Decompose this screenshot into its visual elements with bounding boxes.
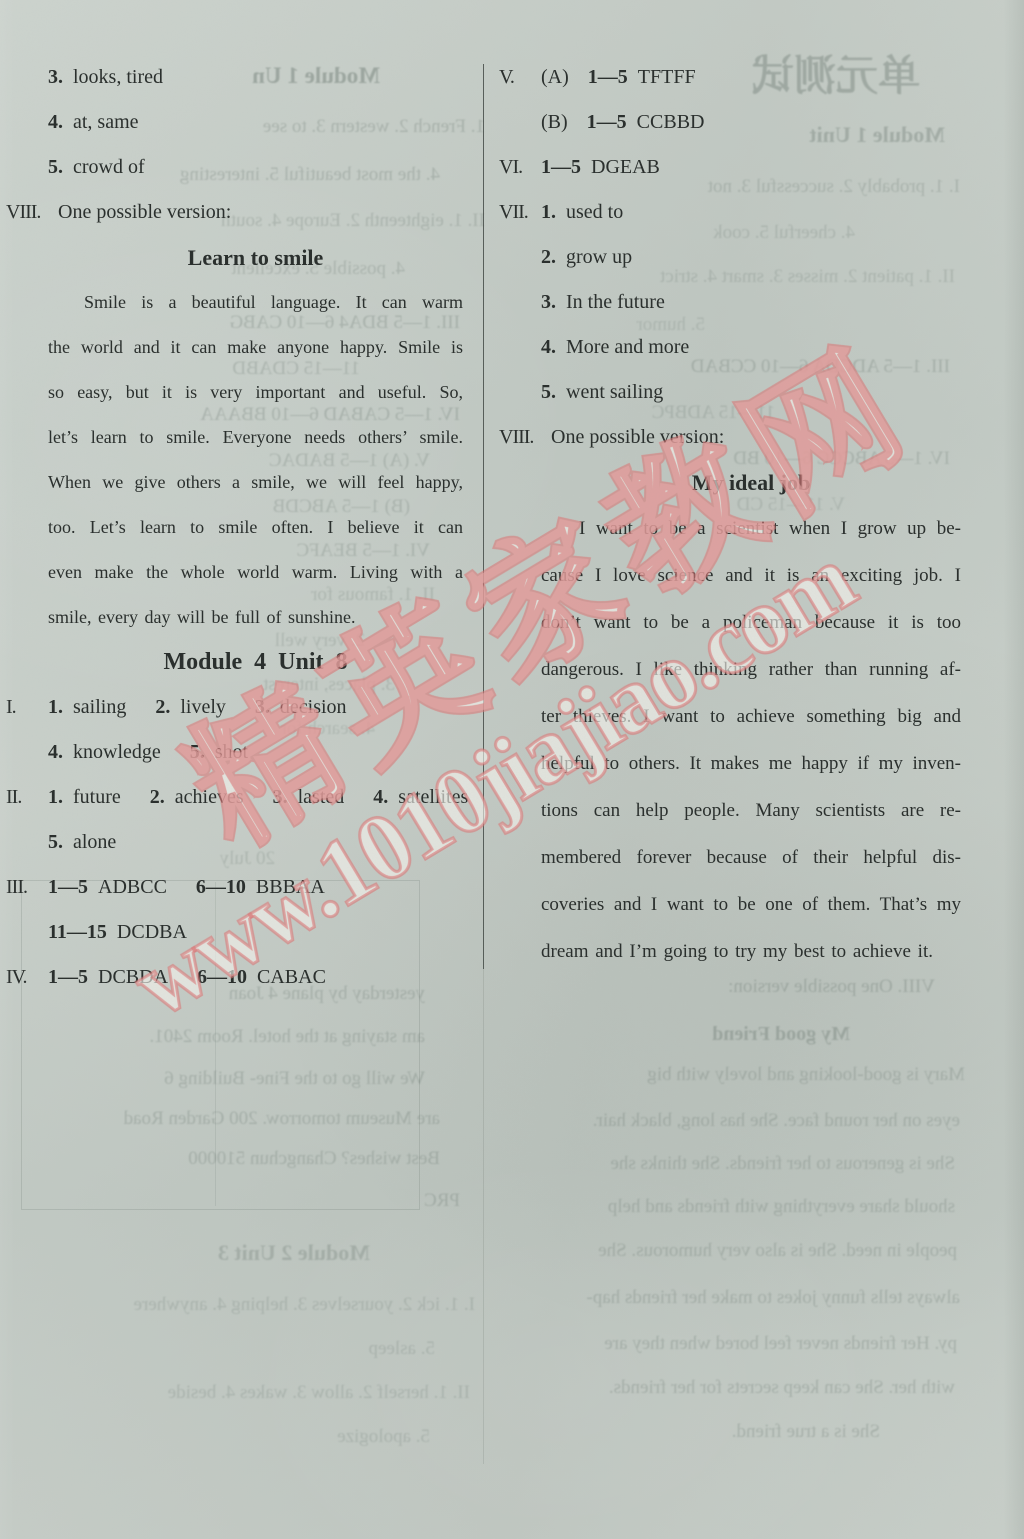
essay-line: Smile is a beautiful language. It can wa… xyxy=(48,280,463,325)
roman-numeral: VII. xyxy=(499,190,528,235)
answer-row: VIII. One possible version: xyxy=(48,190,463,235)
bleed-through-text: I. 1. ick 2. yourselves 3. helping 4. an… xyxy=(15,1294,475,1317)
item-number: 1. xyxy=(48,786,63,808)
roman-numeral: IV. xyxy=(6,955,27,1000)
answer-entry: 4.satellites xyxy=(373,786,468,808)
answer-entry: 2.lively xyxy=(155,696,226,718)
item-number: 5. xyxy=(48,831,63,853)
answer-entry: 4.knowledge xyxy=(48,741,161,763)
answer-row: I. 1.sailing 2.lively 3.decision xyxy=(48,685,463,730)
item-answer: future xyxy=(73,786,121,808)
answer-entry: 5.shot xyxy=(190,741,248,763)
essay-line: dream and I’m going to try my best to ac… xyxy=(541,928,961,975)
part-label: (A) xyxy=(541,66,569,88)
answer-entry: One possible version: xyxy=(48,201,231,223)
answer-entry: 1—5DGEAB xyxy=(541,156,660,178)
bleed-through-text: Module 2 Unit 3 xyxy=(165,1240,370,1266)
range-number: 6—10 xyxy=(197,966,247,988)
item-answer: looks, tired xyxy=(73,66,163,88)
answer-letters: ADBCC xyxy=(98,876,167,898)
answer-row: II. 1.future 2.achieves 3.lasted 4.satel… xyxy=(48,775,463,820)
answer-entry: 3.looks, tired xyxy=(48,66,163,88)
answer-row: 4.More and more xyxy=(541,325,961,370)
answer-entry: 6—10CABAC xyxy=(197,966,326,988)
roman-numeral: II. xyxy=(6,775,21,820)
item-answer: In the future xyxy=(566,291,665,313)
bleed-through-text: are Museum tomorrow. 200 Garden Road xyxy=(55,1108,440,1131)
essay-line: cause I love science and it is an exciti… xyxy=(541,552,961,599)
item-number: 3. xyxy=(541,291,556,313)
bleed-through-text: II. 1. herself 2. allow 3. wakes 4. besi… xyxy=(40,1382,470,1405)
item-number: 5. xyxy=(190,741,205,763)
range-number: 1—5 xyxy=(588,66,628,88)
answer-row: 4.at, same xyxy=(48,100,463,145)
answer-row: 3.In the future xyxy=(541,280,961,325)
answer-letters: TFTFF xyxy=(638,66,696,88)
item-answer: lasted xyxy=(298,786,345,808)
essay-line: let’s learn to smile. Everyone needs oth… xyxy=(48,415,463,460)
item-answer: One possible version: xyxy=(551,426,724,448)
range-number: 1—5 xyxy=(48,966,88,988)
column-divider-rule-faint xyxy=(483,969,484,1464)
answer-row: IV. 1—5DCBDA 6—10CABAC xyxy=(48,955,463,1000)
essay-line: ter thieves. I want to achieve something… xyxy=(541,693,961,740)
answer-entry: 1.future xyxy=(48,786,121,808)
answer-row: III. 1—5ADBCC 6—10BBBAA xyxy=(48,865,463,910)
answer-letters: CCBBD xyxy=(637,111,705,133)
answer-row: (B) 1—5CCBBD xyxy=(541,100,961,145)
bleed-through-text: should share everything with friends and… xyxy=(515,1196,955,1219)
answer-entry: 11—15DCDBA xyxy=(48,921,187,943)
item-answer: crowd of xyxy=(73,156,145,178)
answer-row: V. (A) 1—5TFTFF xyxy=(541,55,961,100)
essay-line: don’t want to be a policeman because it … xyxy=(541,599,961,646)
answer-row: 11—15DCDBA xyxy=(48,910,463,955)
bleed-through-text: Mary is good-looking and lovely with big xyxy=(545,1064,965,1087)
item-number: 4. xyxy=(541,336,556,358)
range-number: 11—15 xyxy=(48,921,107,943)
bleed-through-text: always tells funny jokes to make her fri… xyxy=(510,1287,960,1310)
essay-line: I want to be a scientist when I grow up … xyxy=(541,505,961,552)
item-number: 2. xyxy=(541,246,556,268)
item-answer: used to xyxy=(566,201,623,223)
item-number: 4. xyxy=(48,741,63,763)
scanned-answer-page: { "watermark": { "line1": "精英家教网", "line… xyxy=(0,0,1024,1539)
range-number: 1—5 xyxy=(48,876,88,898)
roman-numeral: I. xyxy=(6,685,16,730)
essay-line: the world and it can make anyone happy. … xyxy=(48,325,463,370)
item-answer: went sailing xyxy=(566,381,663,403)
bleed-through-text: am staying at the hotel. Room 2401. xyxy=(95,1026,425,1049)
essay-line: membered forever because of their helpfu… xyxy=(541,834,961,881)
answer-letters: BBBAA xyxy=(256,876,325,898)
item-number: 2. xyxy=(150,786,165,808)
section-heading: Module 4 Unit 8 xyxy=(48,640,463,685)
answer-row: VI. 1—5DGEAB xyxy=(541,145,961,190)
roman-numeral: VIII. xyxy=(6,190,40,235)
answer-entry: 2.achieves xyxy=(150,786,244,808)
answer-letters: DCDBA xyxy=(117,921,187,943)
item-answer: alone xyxy=(73,831,116,853)
answer-entry: 6—10BBBAA xyxy=(196,876,325,898)
answer-letters: DCBDA xyxy=(98,966,168,988)
item-number: 2. xyxy=(155,696,170,718)
item-answer: knowledge xyxy=(73,741,161,763)
item-number: 4. xyxy=(373,786,388,808)
bleed-through-text: She is a true friend. xyxy=(620,1421,880,1444)
range-number: 1—5 xyxy=(587,111,627,133)
answer-entry: 4.at, same xyxy=(48,111,139,133)
answer-entry: 4.More and more xyxy=(541,336,689,358)
answer-entry: 1—5CCBBD xyxy=(587,111,705,133)
item-number: 3. xyxy=(48,66,63,88)
item-number: 1. xyxy=(541,201,556,223)
answer-entry: 1.used to xyxy=(541,201,623,223)
essay-line: When we give others a smile, we will fee… xyxy=(48,460,463,505)
answer-row: VIII. One possible version: xyxy=(541,415,961,460)
answer-entry: 5.crowd of xyxy=(48,156,145,178)
roman-numeral: III. xyxy=(6,865,27,910)
essay-line: smile, every day will be full of sunshin… xyxy=(48,595,463,640)
column-divider-rule xyxy=(483,64,484,969)
answer-entry: 1—5DCBDA xyxy=(48,966,168,988)
left-column: 3.looks, tired 4.at, same 5.crowd of VII… xyxy=(48,55,463,1000)
range-number: 6—10 xyxy=(196,876,246,898)
essay-title: My ideal job xyxy=(541,460,961,505)
essay-line: dangerous. I like thinking rather than r… xyxy=(541,646,961,693)
bleed-through-text: PRC xyxy=(400,1190,460,1213)
item-answer: One possible version: xyxy=(58,201,231,223)
essay-line: helpful to others. It makes me happy if … xyxy=(541,740,961,787)
right-column: V. (A) 1—5TFTFF (B) 1—5CCBBD VI. 1—5DGEA… xyxy=(541,55,961,975)
item-answer: shot xyxy=(215,741,248,763)
answer-entry: 3.lasted xyxy=(273,786,345,808)
item-number: 1. xyxy=(48,696,63,718)
answer-row: 5.went sailing xyxy=(541,370,961,415)
item-number: 5. xyxy=(541,381,556,403)
bleed-through-text: VIII. One possible version: xyxy=(515,976,935,999)
essay-title: Learn to smile xyxy=(48,235,463,280)
answer-entry: 2.grow up xyxy=(541,246,632,268)
answer-row: 4.knowledge 5.shot xyxy=(48,730,463,775)
range-number: 1—5 xyxy=(541,156,581,178)
item-answer: sailing xyxy=(73,696,126,718)
answer-entry: 3.decision xyxy=(255,696,347,718)
item-answer: grow up xyxy=(566,246,632,268)
item-number: 5. xyxy=(48,156,63,178)
item-answer: lively xyxy=(180,696,226,718)
item-answer: More and more xyxy=(566,336,689,358)
item-answer: achieves xyxy=(175,786,244,808)
item-number: 4. xyxy=(48,111,63,133)
answer-row: 5.alone xyxy=(48,820,463,865)
item-number: 3. xyxy=(255,696,270,718)
answer-row: 3.looks, tired xyxy=(48,55,463,100)
answer-letters: DGEAB xyxy=(591,156,660,178)
item-answer: decision xyxy=(280,696,347,718)
answer-entry: 1—5ADBCC xyxy=(48,876,167,898)
answer-entry: 5.alone xyxy=(48,831,116,853)
item-answer: satellites xyxy=(398,786,468,808)
bleed-through-text: She is generous to her friends. She thin… xyxy=(515,1153,955,1176)
bleed-through-text: with her. She can keep secrets for her f… xyxy=(515,1377,955,1400)
bleed-through-text: Best wishes? Changchun 510000 xyxy=(50,1148,440,1171)
answer-entry: 3.In the future xyxy=(541,291,665,313)
roman-numeral: V. xyxy=(499,55,514,100)
answer-row: 5.crowd of xyxy=(48,145,463,190)
bleed-through-text: eyes on her round face. She has long, bl… xyxy=(510,1110,960,1133)
answer-row: 2.grow up xyxy=(541,235,961,280)
bleed-through-text: 5. apologize xyxy=(310,1426,430,1449)
answer-entry: 5.went sailing xyxy=(541,381,663,403)
roman-numeral: VIII. xyxy=(499,415,533,460)
essay-line: coveries and I want to be one of them. T… xyxy=(541,881,961,928)
part-label: (B) xyxy=(541,111,568,133)
bleed-through-text: 5. asleep xyxy=(345,1338,435,1361)
bleed-through-text: people in need. She is also very humorou… xyxy=(512,1240,957,1263)
answer-row: VII. 1.used to xyxy=(541,190,961,235)
essay-line: too. Let’s learn to smile often. I belie… xyxy=(48,505,463,550)
item-number: 3. xyxy=(273,786,288,808)
essay-line: tions can help people. Many scientists a… xyxy=(541,787,961,834)
answer-entry: One possible version: xyxy=(541,426,724,448)
bleed-through-text: py. Her friends never feel bored when th… xyxy=(512,1333,957,1356)
essay-line: even make the whole world warm. Living w… xyxy=(48,550,463,595)
essay-line: so easy, but it is very important and us… xyxy=(48,370,463,415)
answer-entry: 1.sailing xyxy=(48,696,126,718)
bleed-through-text: We will go to the Fine- Building 6 xyxy=(105,1068,425,1091)
answer-entry: 1—5TFTFF xyxy=(588,66,696,88)
bleed-through-text: My good Friend xyxy=(630,1022,850,1046)
answer-letters: CABAC xyxy=(257,966,326,988)
item-answer: at, same xyxy=(73,111,139,133)
roman-numeral: VI. xyxy=(499,145,522,190)
